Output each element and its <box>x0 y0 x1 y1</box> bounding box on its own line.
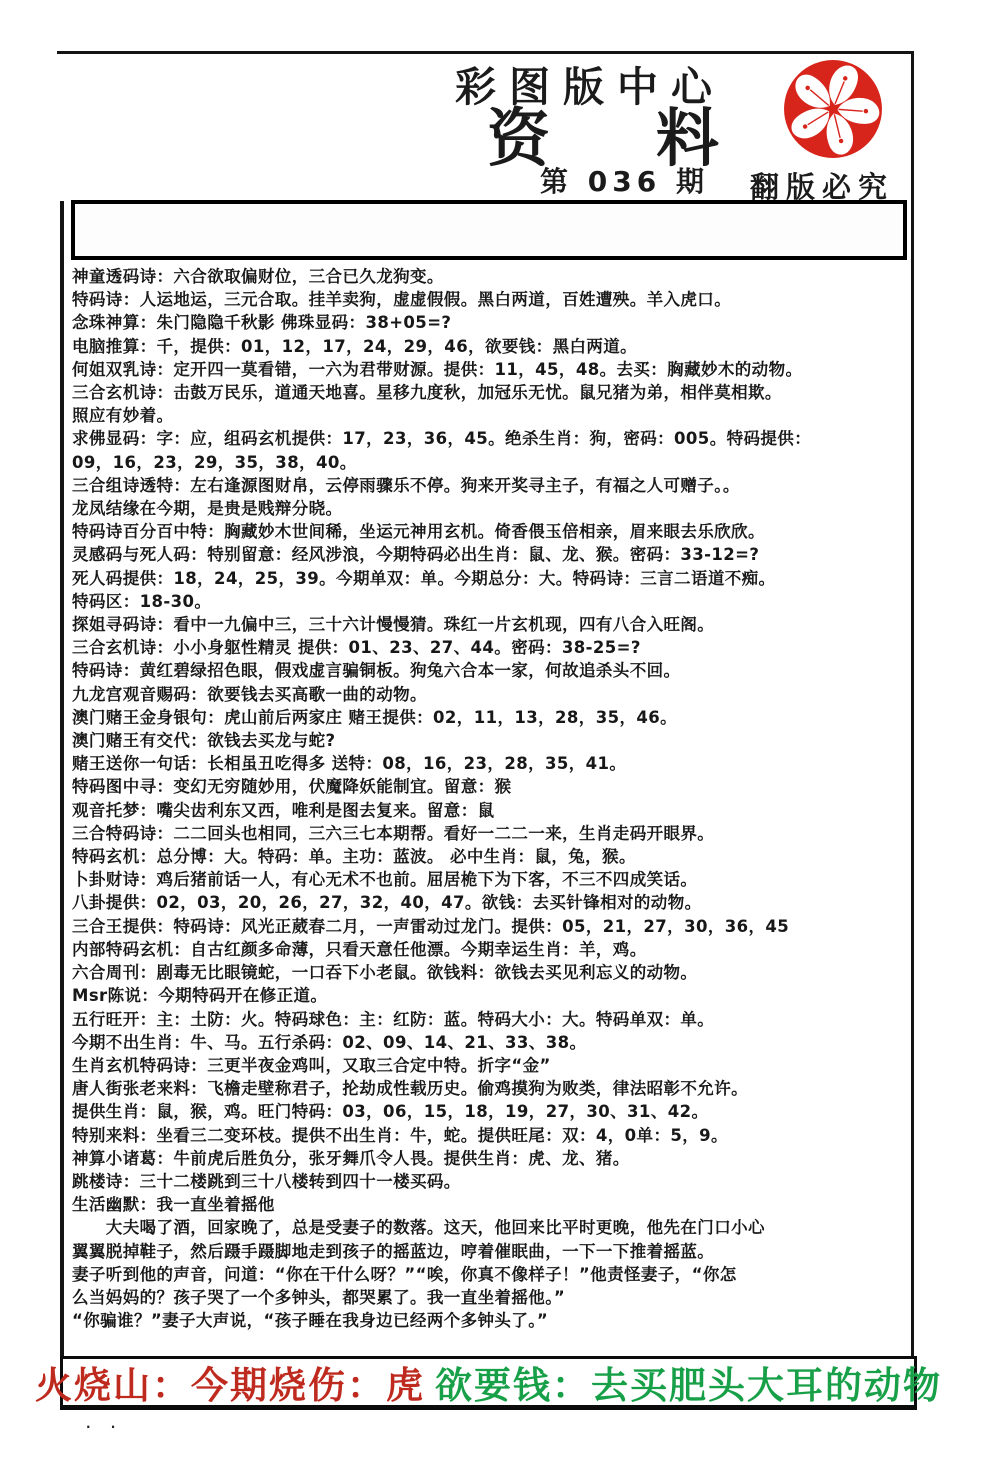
text-line: Msr陈说：今期特码开在修正道。 <box>72 984 910 1007</box>
text-line: 特别来料：坐看三二变环枝。提供不出生肖：牛，蛇。提供旺尾：双：4，0单：5，9。 <box>72 1124 910 1147</box>
text-line: 内部特码玄机：自古红颜多命薄，只看天意任他漂。今期幸运生肖：羊，鸡。 <box>72 938 910 961</box>
text-line: 三合王提供：特码诗：风光正葳春二月，一声雷动过龙门。提供：05，21，27，30… <box>72 915 910 938</box>
text-line: 么当妈妈的？孩子哭了一个多钟头，都哭累了。我一直坐着摇他。” <box>72 1286 910 1309</box>
text-line: 特码图中寻：变幻无穷随妙用，伏魔降妖能制宜。留意：猴 <box>72 775 910 798</box>
text-line: 特码诗百分百中特：胸藏妙木世间稀，坐运元神用玄机。倚香偎玉倍相亲，眉来眼去乐欣欣… <box>72 520 910 543</box>
bottom-banner: 火烧山：今期烧伤：虎 欲要钱：去买肥头大耳的动物 <box>60 1356 917 1410</box>
text-line: 三合特码诗：二二回头也相同，三六三七本期帮。看好一二二一来，生肖走码开眼界。 <box>72 822 910 845</box>
text-line: 唐人街张老来料：飞檐走壁称君子，抡劫成性载历史。偷鸡摸狗为败类，律法昭彰不允许。 <box>72 1077 910 1100</box>
banner-green-text: 欲要钱：去买肥头大耳的动物 <box>435 1355 942 1409</box>
text-line: 09，16，23，29，35，38，40。 <box>72 451 910 474</box>
text-line: 生活幽默：我一直坐着摇他 <box>72 1193 910 1216</box>
text-line: 特码玄机：总分博：大。特码：单。主功：蓝波。 必中生肖：鼠，兔，猴。 <box>72 845 910 868</box>
text-line: 特码诗：黄红碧绿招色眼，假戏虚言骗铜板。狗兔六合本一家，何故追杀头不回。 <box>72 659 910 682</box>
text-line: 三合组诗透特：左右逢源图财帛，云停雨骤乐不停。狗来开奖寻主子，有福之人可赠子。。 <box>72 474 910 497</box>
text-line: 八卦提供：02，03，20，26，27，32，40，47。欲钱：去买针锋相对的动… <box>72 891 910 914</box>
text-line: 死人码提供：18，24，25，39。今期单双：单。今期总分：大。特码诗：三言二语… <box>72 567 910 590</box>
text-line: 跳楼诗：三十二楼跳到三十八楼转到四十一楼买码。 <box>72 1170 910 1193</box>
text-line: 照应有妙着。 <box>72 404 910 427</box>
text-line: 求佛显码：字：应，组码玄机提供：17，23，36，45。绝杀生肖：狗，密码：00… <box>72 427 910 450</box>
text-line: 澳门赌王有交代：欲钱去买龙与蛇? <box>72 729 910 752</box>
text-line: 三合玄机诗：小小身躯性精灵 提供：01、23、27、44。密码：38-25=? <box>72 636 910 659</box>
text-line: 神算小诸葛：牛前虎后胜负分，张牙舞爪令人畏。提供生肖：虎、龙、猪。 <box>72 1147 910 1170</box>
text-line: 九龙宫观音赐码：欲要钱去买高歌一曲的动物。 <box>72 683 910 706</box>
tip-sheet-page: 彩图版中心 资 料 第 036 期 翻版必究 <box>0 0 984 1457</box>
text-line: 探姐寻码诗：看中一九偏中三，三十六计慢慢猜。珠红一片玄机现，四有八合入旺阁。 <box>72 613 910 636</box>
footer-dots: · · <box>86 1420 123 1434</box>
text-line: “你骗谁？”妻子大声说，“孩子睡在我身边已经两个多钟头了。” <box>72 1309 910 1332</box>
text-line: 念珠神算：朱门隐隐千秋影 佛珠显码：38+05=? <box>72 311 910 334</box>
text-line: 观音托梦：嘴尖齿利东又西，唯利是图去复来。留意：鼠 <box>72 799 910 822</box>
text-line: 特码区：18-30。 <box>72 590 910 613</box>
text-line: 翼翼脱掉鞋子，然后蹑手蹑脚地走到孩子的摇蓝边，哼着催眠曲，一下一下推着摇蓝。 <box>72 1240 910 1263</box>
text-line: 何姐双乳诗：定开四一莫看错，一六为君带财源。提供：11，45，48。去买：胸藏妙… <box>72 358 910 381</box>
frame-left-border <box>60 201 64 1361</box>
text-line: 澳门赌王金身银句：虎山前后两家庄 赌王提供：02，11，13，28，35，46。 <box>72 706 910 729</box>
text-line: 五行旺开：主：土防：火。特码球色：主：红防：蓝。特码大小：大。特码单双：单。 <box>72 1008 910 1031</box>
empty-notice-box <box>71 200 907 260</box>
text-line: 六合周刊：剧毒无比眼镜蛇，一口吞下小老鼠。欲钱料：欲钱去买见利忘义的动物。 <box>72 961 910 984</box>
text-line: 妻子听到他的声音，问道：“你在干什么呀？”“唉，你真不像样子！”他责怪妻子，“你… <box>72 1263 910 1286</box>
text-line: 提供生肖：鼠，猴，鸡。旺门特码：03，06，15，18，19，27，30、31、… <box>72 1100 910 1123</box>
text-line: 今期不出生肖：牛、马。五行杀码：02、09、14、21、33、38。 <box>72 1031 910 1054</box>
text-line: 灵感码与死人码：特别留意：经风涉浪，今期特码必出生肖：鼠、龙、猴。密码：33-1… <box>72 543 910 566</box>
banner-red-text: 火烧山：今期烧伤：虎 <box>35 1355 425 1409</box>
text-line: 特码诗：人运地运，三元合取。挂羊卖狗，虚虚假假。黑白两道，百姓遭殃。羊入虎口。 <box>72 288 910 311</box>
text-line: 生肖玄机特码诗：三更半夜金鸡叫，又取三合定中特。折字“金” <box>72 1054 910 1077</box>
text-line: 电脑推算：千，提供：01，12，17，24，29，46，欲要钱：黑白两道。 <box>72 335 910 358</box>
bauhinia-flower-svg <box>782 58 884 160</box>
text-line: 三合玄机诗：击鼓万民乐，道通天地喜。星移九度秋，加冠乐无忧。鼠兄猪为弟，相伴莫相… <box>72 381 910 404</box>
issue-number: 第 036 期 <box>540 160 709 200</box>
text-line: 赌王送你一句话：长相虽丑吃得多 送特：08，16，23，28，35，41。 <box>72 752 910 775</box>
text-line: 神童透码诗：六合欲取偏财位，三合已久龙狗变。 <box>72 265 910 288</box>
tips-text-block: 神童透码诗：六合欲取偏财位，三合已久龙狗变。特码诗：人运地运，三元合取。挂羊卖狗… <box>72 265 910 1332</box>
text-line: 龙凤结缘在今期，是贵是贱辩分晓。 <box>72 497 910 520</box>
frame-right-border <box>911 51 914 1361</box>
text-line: 卜卦财诗：鸡后猪前话一人，有心无术不也前。屈居桅下为下客，不三不四成笑话。 <box>72 868 910 891</box>
text-line: 大夫喝了酒，回家晚了，总是受妻子的数落。这天，他回来比平时更晚，他先在门口小心 <box>72 1216 910 1239</box>
bauhinia-flower-icon <box>782 58 884 160</box>
